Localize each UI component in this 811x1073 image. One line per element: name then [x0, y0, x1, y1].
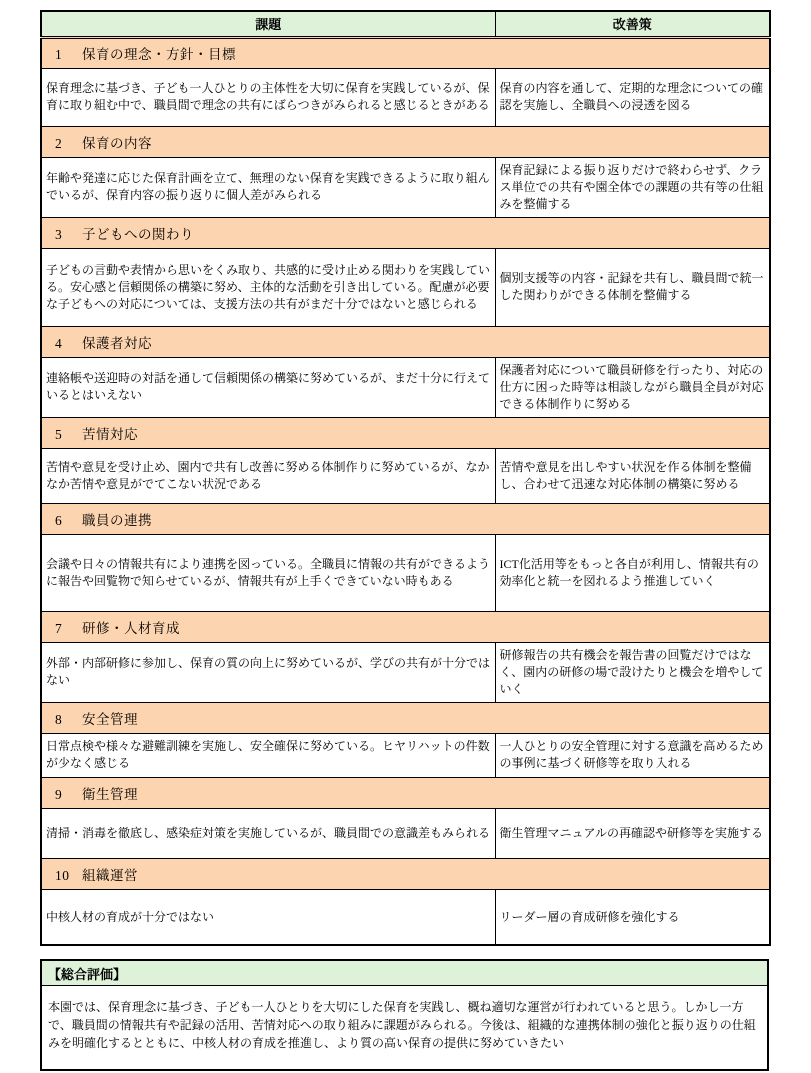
table-header-row: 課題 改善策: [41, 11, 770, 37]
section-title: 子どもへの関わり: [82, 227, 194, 242]
section-title: 保育の理念・方針・目標: [82, 47, 236, 62]
section-content-row-8: 日常点検や様々な避難訓練を実施し、安全確保に努めている。ヒヤリハットの件数が少な…: [41, 733, 770, 777]
section-title: 安全管理: [82, 712, 138, 727]
section-title-row-8: 8安全管理: [41, 702, 770, 733]
improvement-cell: 苦情や意見を出しやすい状況を作る体制を整備し、合わせて迅速な対応体制の構築に努め…: [495, 448, 770, 503]
section-title: 保護者対応: [82, 336, 152, 351]
report-page: 課題 改善策 1保育の理念・方針・目標 保育理念に基づき、子ども一人ひとりの主体…: [0, 0, 811, 1071]
improvement-cell: 衛生管理マニュアルの再確認や研修等を実施する: [495, 808, 770, 858]
improvement-cell: リーダー層の育成研修を強化する: [495, 889, 770, 945]
section-title: 研修・人材育成: [82, 621, 180, 636]
improvement-cell: 保護者対応について職員研修を行ったり、対応の仕方に困った時等は相談しながら職員全…: [495, 357, 770, 417]
evaluation-title: 【総合評価】: [41, 960, 768, 985]
section-title-row-6: 6職員の連携: [41, 503, 770, 534]
section-number: 6: [55, 513, 82, 529]
improvement-cell: 一人ひとりの安全管理に対する意識を高めるための事例に基づく研修等を取り入れる: [495, 733, 770, 777]
issue-cell: 中核人材の育成が十分ではない: [41, 889, 495, 945]
evaluation-body-row: 本園では、保育理念に基づき、子ども一人ひとりを大切にした保育を実践し、概ね適切な…: [41, 985, 768, 1070]
section-number: 2: [55, 136, 82, 152]
section-number: 7: [55, 621, 82, 637]
section-title-row-5: 5苦情対応: [41, 417, 770, 448]
section-title-row-9: 9衛生管理: [41, 777, 770, 808]
column-header-issue: 課題: [41, 11, 495, 37]
section-number: 9: [55, 787, 82, 803]
section-title-row-3: 3子どもへの関わり: [41, 217, 770, 248]
section-number: 1: [55, 47, 82, 63]
section-title-row-10: 10組織運営: [41, 858, 770, 889]
section-content-row-4: 連絡帳や送迎時の対話を通して信頼関係の構築に努めているが、まだ十分に行えていると…: [41, 357, 770, 417]
section-title-row-4: 4保護者対応: [41, 326, 770, 357]
issue-cell: 子どもの言動や表情から思いをくみ取り、共感的に受け止める関わりを実践している。安…: [41, 248, 495, 326]
section-content-row-9: 清掃・消毒を徹底し、感染症対策を実施しているが、職員間での意識差もみられる 衛生…: [41, 808, 770, 858]
section-content-row-3: 子どもの言動や表情から思いをくみ取り、共感的に受け止める関わりを実践している。安…: [41, 248, 770, 326]
section-content-row-6: 会議や日々の情報共有により連携を図っている。全職員に情報の共有ができるように報告…: [41, 534, 770, 611]
evaluation-header-row: 【総合評価】: [41, 960, 768, 985]
column-header-improvement: 改善策: [495, 11, 770, 37]
section-title: 職員の連携: [82, 513, 152, 528]
section-title: 苦情対応: [82, 427, 138, 442]
section-title: 衛生管理: [82, 787, 138, 802]
issues-improvements-table: 課題 改善策 1保育の理念・方針・目標 保育理念に基づき、子ども一人ひとりの主体…: [40, 10, 771, 946]
section-content-row-5: 苦情や意見を受け止め、園内で共有し改善に努める体制作りに努めているが、なかなか苦…: [41, 448, 770, 503]
section-number: 4: [55, 336, 82, 352]
section-content-row-10: 中核人材の育成が十分ではない リーダー層の育成研修を強化する: [41, 889, 770, 945]
issue-cell: 苦情や意見を受け止め、園内で共有し改善に努める体制作りに努めているが、なかなか苦…: [41, 448, 495, 503]
issue-cell: 日常点検や様々な避難訓練を実施し、安全確保に努めている。ヒヤリハットの件数が少な…: [41, 733, 495, 777]
issue-cell: 年齢や発達に応じた保育計画を立て、無理のない保育を実践できるように取り組んでいる…: [41, 157, 495, 217]
issue-cell: 連絡帳や送迎時の対話を通して信頼関係の構築に努めているが、まだ十分に行えていると…: [41, 357, 495, 417]
section-title-row-7: 7研修・人材育成: [41, 611, 770, 642]
section-content-row-7: 外部・内部研修に参加し、保育の質の向上に努めているが、学びの共有が十分ではない …: [41, 642, 770, 702]
issue-cell: 会議や日々の情報共有により連携を図っている。全職員に情報の共有ができるように報告…: [41, 534, 495, 611]
section-number: 10: [55, 868, 82, 884]
issue-cell: 保育理念に基づき、子ども一人ひとりの主体性を大切に保育を実践しているが、保育に取…: [41, 68, 495, 126]
section-title-row-1: 1保育の理念・方針・目標: [41, 37, 770, 68]
section-number: 8: [55, 712, 82, 728]
section-number: 5: [55, 427, 82, 443]
issue-cell: 外部・内部研修に参加し、保育の質の向上に努めているが、学びの共有が十分ではない: [41, 642, 495, 702]
overall-evaluation-table: 【総合評価】 本園では、保育理念に基づき、子ども一人ひとりを大切にした保育を実践…: [40, 959, 769, 1071]
section-number: 3: [55, 227, 82, 243]
improvement-cell: ICT化活用等をもっと各自が利用し、情報共有の効率化と統一を図れるよう推進してい…: [495, 534, 770, 611]
improvement-cell: 保育の内容を通して、定期的な理念についての確認を実施し、全職員への浸透を図る: [495, 68, 770, 126]
section-content-row-1: 保育理念に基づき、子ども一人ひとりの主体性を大切に保育を実践しているが、保育に取…: [41, 68, 770, 126]
section-title: 組織運営: [82, 868, 138, 883]
section-content-row-2: 年齢や発達に応じた保育計画を立て、無理のない保育を実践できるように取り組んでいる…: [41, 157, 770, 217]
section-title-row-2: 2保育の内容: [41, 126, 770, 157]
evaluation-text: 本園では、保育理念に基づき、子ども一人ひとりを大切にした保育を実践し、概ね適切な…: [41, 985, 768, 1070]
improvement-cell: 個別支援等の内容・記録を共有し、職員間で統一した関わりができる体制を整備する: [495, 248, 770, 326]
improvement-cell: 保育記録による振り返りだけで終わらせず、クラス単位での共有や園全体での課題の共有…: [495, 157, 770, 217]
improvement-cell: 研修報告の共有機会を報告書の回覧だけではなく、園内の研修の場で設けたりと機会を増…: [495, 642, 770, 702]
section-title: 保育の内容: [82, 136, 152, 151]
issue-cell: 清掃・消毒を徹底し、感染症対策を実施しているが、職員間での意識差もみられる: [41, 808, 495, 858]
